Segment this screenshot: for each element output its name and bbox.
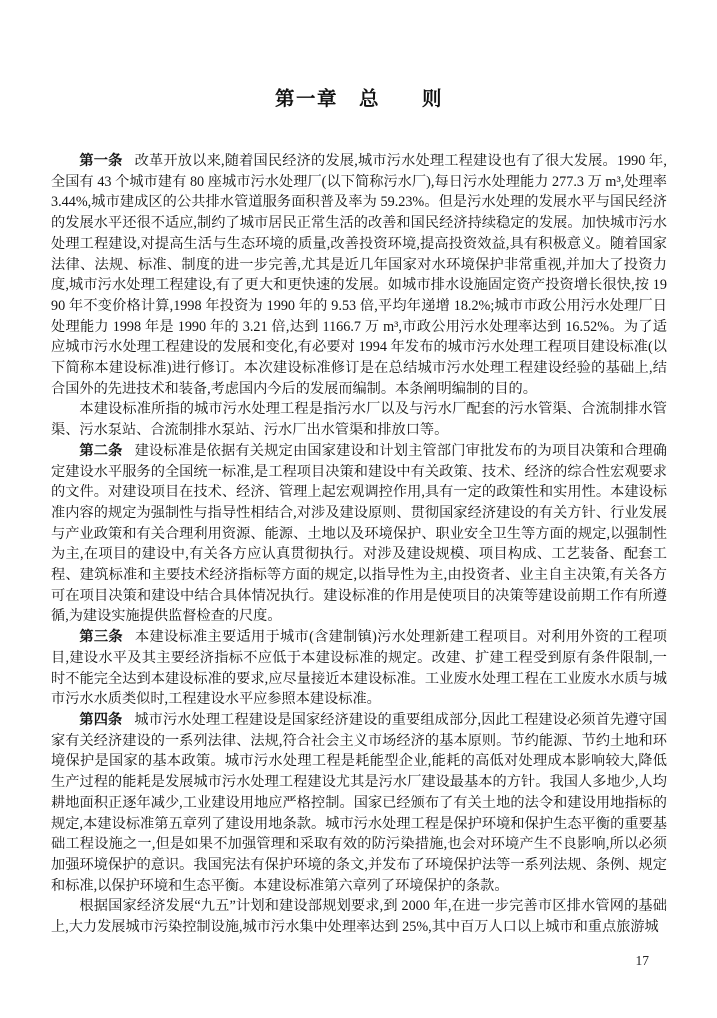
- paragraph: 本建设标准所指的城市污水处理工程是指污水厂以及与污水厂配套的污水管渠、合流制排水…: [51, 399, 667, 440]
- document-body: 第一条改革开放以来,随着国民经济的发展,城市污水处理工程建设也有了很大发展。19…: [51, 151, 667, 938]
- page-footer: 17: [51, 953, 667, 969]
- article-label: 第四条: [79, 712, 122, 728]
- document-page: 第一章 总 则 第一条改革开放以来,随着国民经济的发展,城市污水处理工程建设也有…: [0, 0, 717, 1018]
- paragraph: 第二条建设标准是依据有关规定由国家建设和计划主管部门审批发布的为项目决策和合理确…: [51, 441, 667, 627]
- article-label: 第二条: [79, 443, 122, 459]
- article-label: 第三条: [79, 629, 123, 645]
- paragraph-text: 改革开放以来,随着国民经济的发展,城市污水处理工程建设也有了很大发展。1990 …: [51, 153, 667, 397]
- paragraph: 根据国家经济发展“九五”计划和建设部规划要求,到 2000 年,在进一步完善市区…: [51, 896, 667, 937]
- paragraph: 第一条改革开放以来,随着国民经济的发展,城市污水处理工程建设也有了很大发展。19…: [51, 151, 667, 399]
- paragraph-text: 本建设标准所指的城市污水处理工程是指污水厂以及与污水厂配套的污水管渠、合流制排水…: [51, 401, 667, 438]
- paragraph-text: 本建设标准主要适用于城市(含建制镇)污水处理新建工程项目。对利用外资的工程项目,…: [51, 629, 667, 707]
- article-label: 第一条: [79, 153, 122, 169]
- paragraph: 第四条城市污水处理工程建设是国家经济建设的重要组成部分,因此工程建设必须首先遵守…: [51, 710, 667, 896]
- paragraph: 第三条本建设标准主要适用于城市(含建制镇)污水处理新建工程项目。对利用外资的工程…: [51, 627, 667, 710]
- paragraph-text: 建设标准是依据有关规定由国家建设和计划主管部门审批发布的为项目决策和合理确定建设…: [51, 443, 667, 625]
- page-number: 17: [636, 953, 650, 968]
- paragraph-text: 根据国家经济发展“九五”计划和建设部规划要求,到 2000 年,在进一步完善市区…: [51, 898, 667, 935]
- chapter-title: 第一章 总 则: [51, 86, 667, 114]
- paragraph-text: 城市污水处理工程建设是国家经济建设的重要组成部分,因此工程建设必须首先遵守国家有…: [51, 712, 667, 894]
